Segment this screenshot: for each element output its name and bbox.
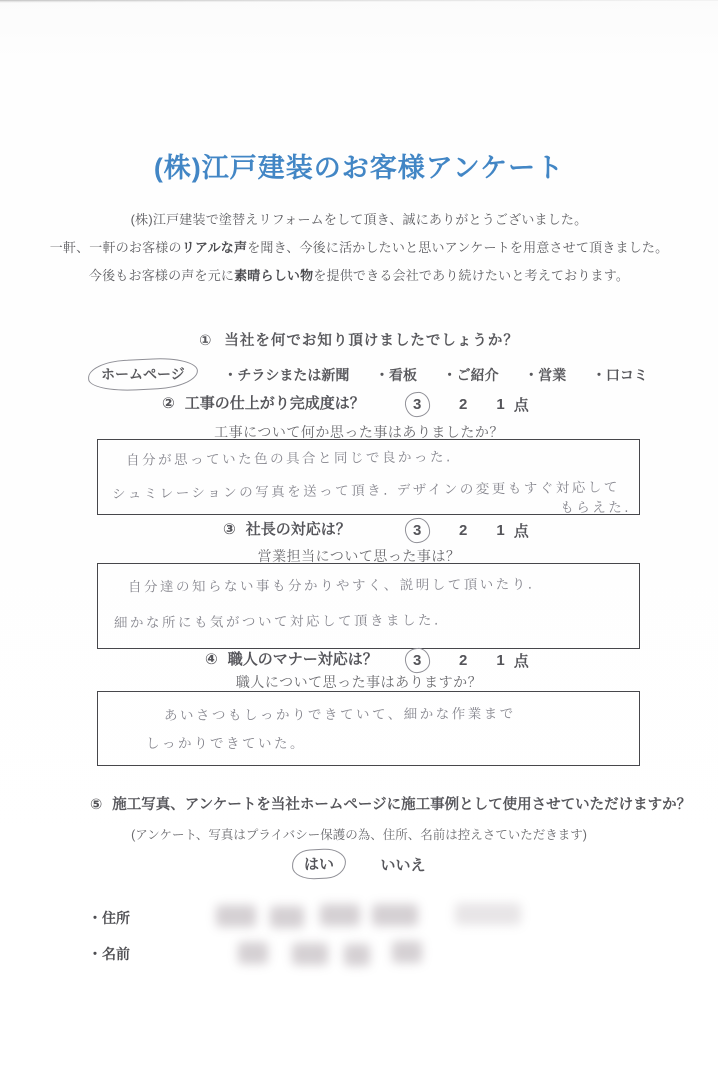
- question-1-options: ホームページ ・チラシまたは新聞 ・看板 ・ご紹介 ・営業 ・口コミ: [88, 359, 648, 390]
- answer-box-sales[interactable]: 自分達の知らない事も分かりやすく、説明して頂いたり. 細かな所にも気がついて対応…: [97, 563, 640, 649]
- question-3: ③社長の対応は？ 3 2 1 点: [0, 518, 718, 544]
- handwritten-answer-line: あいさつもしっかりできていて、細かな作業まで: [164, 702, 516, 724]
- question-5-note: (アンケート、写真はプライバシー保護の為、住所、名前は控えさていただきます): [0, 825, 718, 843]
- question-2-label: ②工事の仕上がり完成度は？: [162, 392, 365, 413]
- score-1[interactable]: 1: [496, 396, 504, 413]
- handwritten-answer-line: 自分が思っていた色の具合と同じで良かった.: [126, 445, 453, 468]
- redacted-address-text: [455, 903, 521, 925]
- score-unit: 点: [514, 650, 529, 671]
- score-3-circled[interactable]: 3: [404, 647, 431, 674]
- score-unit: 点: [514, 394, 529, 415]
- score-2[interactable]: 2: [459, 396, 467, 413]
- question-4-sub: 職人について思った事はありますか？: [0, 672, 718, 692]
- option-homepage-circled[interactable]: ホームページ: [87, 356, 198, 393]
- question-2-scores: 3 2 1 点: [405, 392, 529, 417]
- question-3-label: ③社長の対応は？: [223, 518, 351, 539]
- handwritten-answer-line: 細かな所にも気がついて対応して頂きました.: [114, 609, 441, 632]
- redacted-address-text: [270, 906, 304, 928]
- redacted-name-text: [238, 942, 268, 964]
- option-sales[interactable]: ・営業: [524, 365, 566, 385]
- handwritten-answer-line: シュミレーションの写真を送って頂き. デザインの変更もすぐ対応して: [112, 475, 620, 502]
- option-word-of-mouth[interactable]: ・口コミ: [592, 365, 648, 385]
- question-5-text: 施工写真、アンケートを当社ホームページに施工事例として使用させていただけますか？: [112, 797, 691, 813]
- handwritten-answer-line: もらえた.: [560, 496, 631, 516]
- score-3-circled[interactable]: 3: [404, 517, 431, 544]
- intro-line-2: 一軒、一軒のお客様のリアルな声を聞き、今後に活かしたいと思いアンケートを用意させ…: [0, 237, 718, 256]
- score-1[interactable]: 1: [496, 522, 504, 539]
- question-1-number: ①: [199, 333, 212, 349]
- redacted-address-text: [372, 904, 418, 926]
- option-referral[interactable]: ・ご紹介: [443, 365, 499, 385]
- yes-option-circled[interactable]: はい: [292, 848, 348, 881]
- answer-box-craftsmen[interactable]: あいさつもしっかりできていて、細かな作業まで しっかりできていた。: [97, 691, 640, 766]
- redacted-name-text: [344, 944, 370, 966]
- intro-line-3: 今後もお客様の声を元に素晴らしい物を提供できる会社であり続けたいと考えております…: [0, 265, 718, 284]
- redacted-name-text: [392, 941, 422, 963]
- question-5: ⑤施工写真、アンケートを当社ホームページに施工事例として使用させていただけますか…: [90, 793, 678, 814]
- score-3-circled[interactable]: 3: [404, 391, 431, 418]
- question-1-text: 当社を何でお知り頂けましたでしょうか？: [224, 333, 519, 349]
- question-2: ②工事の仕上がり完成度は？ 3 2 1 点: [0, 392, 718, 418]
- option-flyer-newspaper[interactable]: ・チラシまたは新聞: [223, 365, 349, 385]
- answer-box-construction[interactable]: 自分が思っていた色の具合と同じで良かった. シュミレーションの写真を送って頂き.…: [97, 439, 640, 515]
- page-title: (株)江戸建装のお客様アンケート: [0, 146, 718, 185]
- redacted-address-text: [216, 905, 256, 927]
- question-4-scores: 3 2 1 点: [405, 648, 529, 673]
- question-5-answers: はい いいえ: [0, 849, 718, 879]
- intro-line-1: (株)江戸建装で塗替えリフォームをして頂き、誠にありがとうございました。: [0, 209, 718, 228]
- score-2[interactable]: 2: [459, 652, 467, 669]
- handwritten-answer-line: 自分達の知らない事も分かりやすく、説明して頂いたり.: [128, 573, 535, 596]
- score-2[interactable]: 2: [459, 522, 467, 539]
- option-signboard[interactable]: ・看板: [375, 365, 417, 385]
- question-4: ④職人のマナー対応は？ 3 2 1 点: [0, 648, 718, 674]
- question-3-scores: 3 2 1 点: [405, 518, 529, 543]
- survey-document: (株)江戸建装のお客様アンケート (株)江戸建装で塗替えリフォームをして頂き、誠…: [0, 0, 718, 1089]
- redacted-name-text: [292, 943, 328, 965]
- name-label: ・名前: [88, 944, 130, 964]
- no-option[interactable]: いいえ: [381, 854, 426, 875]
- handwritten-answer-line: しっかりできていた。: [146, 732, 306, 752]
- question-4-label: ④職人のマナー対応は？: [205, 648, 378, 669]
- address-label: ・住所: [88, 908, 130, 928]
- question-5-number: ⑤: [90, 797, 102, 813]
- score-unit: 点: [514, 520, 529, 541]
- paper-edge: [0, 0, 718, 3]
- redacted-address-text: [320, 904, 360, 926]
- score-1[interactable]: 1: [496, 652, 504, 669]
- question-1: ①当社を何でお知り頂けましたでしょうか？: [0, 329, 718, 350]
